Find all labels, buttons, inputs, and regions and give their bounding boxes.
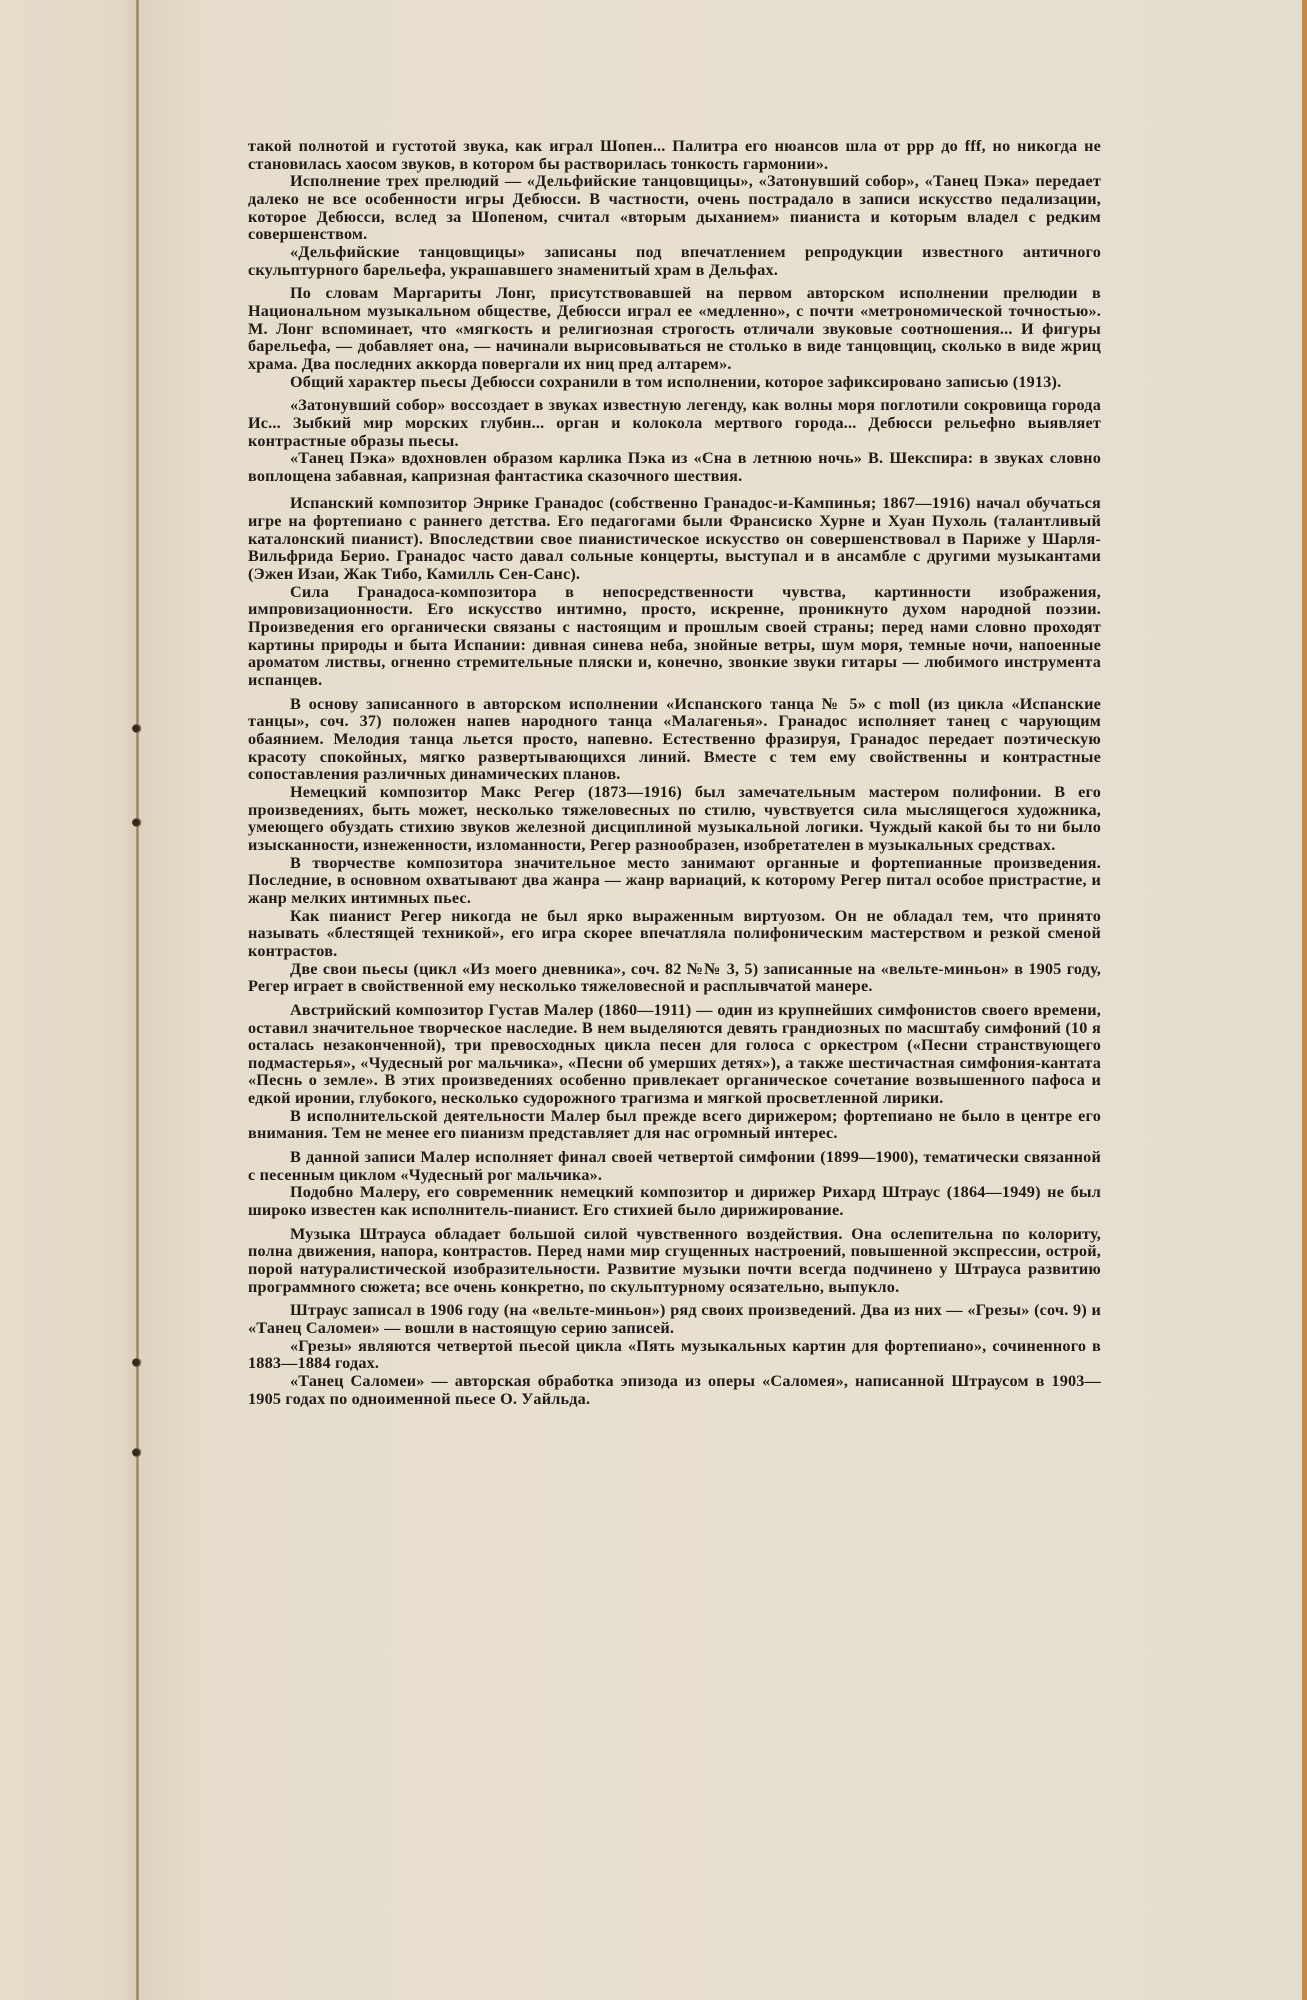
paragraph: «Затонувший собор» воссоздает в звуках и… <box>248 397 1101 450</box>
paragraph: Музыка Штрауса обладает большой силой чу… <box>248 1226 1101 1297</box>
page-text-column: такой полнотой и густотой звука, как игр… <box>248 138 1101 1408</box>
paragraph: «Танец Пэка» вдохновлен образом карлика … <box>248 450 1101 485</box>
left-page-margin <box>0 0 138 2000</box>
paragraph: Немецкий композитор Макс Регер (1873—191… <box>248 784 1101 855</box>
paragraph: Две свои пьесы (цикл «Из моего дневника»… <box>248 961 1101 996</box>
paragraph: Штраус записал в 1906 году (на «вельте-м… <box>248 1302 1101 1337</box>
paragraph: По словам Маргариты Лонг, присутствовавш… <box>248 285 1101 373</box>
paragraph: В творчестве композитора значительное ме… <box>248 855 1101 908</box>
paragraph: такой полнотой и густотой звука, как игр… <box>248 138 1101 173</box>
binding-stitch <box>132 818 142 827</box>
paragraph: Исполнение трех прелюдий — «Дельфийские … <box>248 173 1101 244</box>
paragraph: Как пианист Регер никогда не был ярко вы… <box>248 908 1101 961</box>
binding-stitch <box>132 1448 142 1457</box>
paragraph: Сила Гранадоса-композитора в непосредств… <box>248 584 1101 690</box>
paragraph: Австрийский композитор Густав Малер (186… <box>248 1002 1101 1108</box>
paragraph: «Грезы» являются четвертой пьесой цикла … <box>248 1338 1101 1373</box>
paragraph: В основу записанного в авторском исполне… <box>248 696 1101 784</box>
paragraph: Подобно Малеру, его современник немецкий… <box>248 1184 1101 1219</box>
paragraph: Общий характер пьесы Дебюсси сохранили в… <box>248 374 1101 392</box>
page-edge <box>1302 0 1307 2000</box>
binding-stitch <box>132 1358 142 1367</box>
binding-stitch <box>132 724 142 733</box>
paragraph: Испанский композитор Энрике Гранадос (со… <box>248 495 1101 583</box>
paragraph: В исполнительской деятельности Малер был… <box>248 1108 1101 1143</box>
paragraph: «Дельфийские танцовщицы» записаны под вп… <box>248 244 1101 279</box>
paragraph: В данной записи Малер исполняет финал св… <box>248 1149 1101 1184</box>
paragraph: «Танец Саломеи» — авторская обработка эп… <box>248 1373 1101 1408</box>
